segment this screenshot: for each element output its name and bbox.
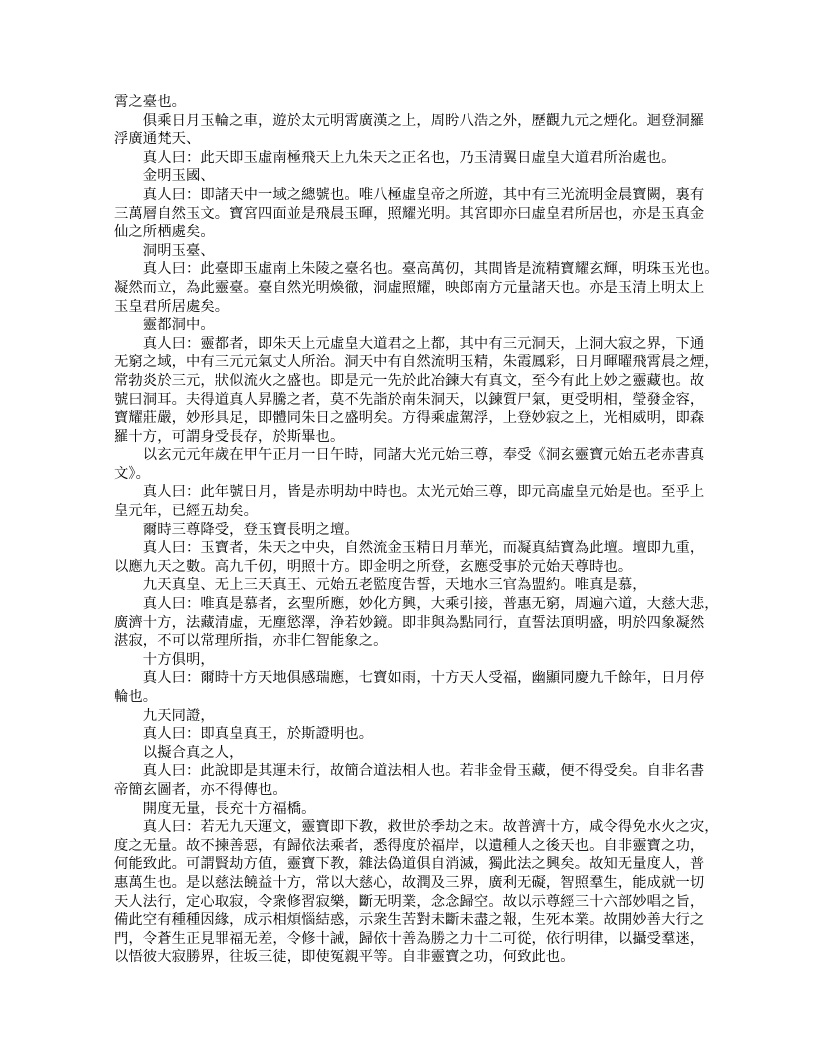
- text-line: 以悟彼大寂勝界，往坂三徒，即使冤親平等。自非靈寶之功，何致此也。: [114, 948, 764, 967]
- text-line: 惠萬生也。是以慈法饒益十方，常以大慈心，故潤及三界，廣利无礙，智照羣生，能成就一…: [114, 874, 764, 893]
- text-line: 真人曰：玉寶者，朱天之中央，自然流金玉精日月華光，而凝真結寶為此壇。壇即九重，: [114, 539, 764, 558]
- text-line: 爾時三尊降受，登玉寶長明之壇。: [114, 521, 764, 540]
- text-line: 輪也。: [114, 688, 764, 707]
- text-line: 靈都洞中。: [114, 316, 764, 335]
- text-line: 帝簡玄圖者，亦不得傳也。: [114, 781, 764, 800]
- text-line: 天人法行，定心取寂，令衆修習寂樂，斷无明業，念念歸空。故以示尊經三十六部妙唱之旨…: [114, 893, 764, 912]
- text-line: 湛寂，不可以常理所指，亦非仁智能象之。: [114, 632, 764, 651]
- text-line: 號曰洞耳。夫得道真人昇騰之者，莫不先詣於南朱洞天，以鍊質尸氣，更受明相，瑩發金容…: [114, 391, 764, 410]
- text-line: 九天真皇、无上三天真王、元始五老監度告誓，天地水三官為盟約。唯真是慕，: [114, 576, 764, 595]
- text-line: 九天同證，: [114, 707, 764, 726]
- text-line: 以擬合真之人，: [114, 744, 764, 763]
- text-line: 十方俱明，: [114, 651, 764, 670]
- text-line: 无窮之域，中有三元元氣丈人所治。洞天中有自然流明玉精，朱霞鳳彩，日月暉曜飛霄晨之…: [114, 353, 764, 372]
- text-line: 開度无量，長充十方福橋。: [114, 800, 764, 819]
- text-line: 真人曰：此臺即玉虛南上朱陵之臺名也。臺高萬仞，其間皆是流精寶耀玄輝，明珠玉光也。: [114, 260, 764, 279]
- document-page: 霄之臺也。 俱乘日月玉輪之車，遊於太元明霄廣漢之上，周盻八浩之外，歷觀九元之煙化…: [0, 0, 816, 1056]
- text-line: 霄之臺也。: [114, 93, 764, 112]
- text-line: 真人曰：此年號日月，皆是赤明劫中時也。太光元始三尊，即元高虛皇元始是也。至乎上: [114, 483, 764, 502]
- text-line: 洞明玉臺、: [114, 242, 764, 261]
- text-line: 門，令蒼生正見罪福无差，令修十誡，歸依十善為勝之力十二可從，依行明律，以攝受羣迷…: [114, 930, 764, 949]
- text-line: 以應九天之數。高九千仞，明照十方。即金明之所登，玄應受事於元始天尊時也。: [114, 558, 764, 577]
- text-line: 仙之所栖處矣。: [114, 223, 764, 242]
- text-line: 度之无量。故不揀善惡，有歸依法乘者，悉得度於福岸，以遺種人之後天也。自非靈寶之功…: [114, 837, 764, 856]
- text-line: 玉皇君所居處矣。: [114, 298, 764, 317]
- text-line: 何能致此。可謂賢劫方值，靈寶下教，雜法偽道俱自消滅，獨此法之興矣。故知无量度人，…: [114, 855, 764, 874]
- text-line: 以玄元元年歲在甲午正月一日午時，同諸大光元始三尊，奉受《洞玄靈寶元始五老赤書真: [114, 446, 764, 465]
- text-line: 常勃炎於三元，狀似流火之盛也。即是元一先於此冶鍊大有真文，至今有此上妙之靈藏也。…: [114, 372, 764, 391]
- text-line: 羅十方，可謂身受長存，於斯畢也。: [114, 428, 764, 447]
- text-line: 浮廣通梵天、: [114, 130, 764, 149]
- text-line: 俱乘日月玉輪之車，遊於太元明霄廣漢之上，周盻八浩之外，歷觀九元之煙化。迴登洞羅: [114, 112, 764, 131]
- text-line: 備此空有種種因緣，成示相煩惱結惑，示衆生苦對未斷未盡之報，生死本業。故開妙善大行…: [114, 911, 764, 930]
- text-line: 真人曰：爾時十方天地俱感瑞應，七寶如雨，十方天人受福，幽顯同慶九千餘年，日月停: [114, 669, 764, 688]
- text-line: 真人曰：唯真是慕者，玄聖所應，妙化方興，大乘引接，普惠无窮，周遍六道，大慈大悲，: [114, 595, 764, 614]
- text-line: 凝然而立，為此靈臺。臺自然光明煥徹，洞虛照耀，映郎南方元量諸天也。亦是玉清上明太…: [114, 279, 764, 298]
- text-line: 真人曰：若无九天運文，靈寶即下教，救世於季劫之末。故普濟十方，咸令得免水火之灾，: [114, 818, 764, 837]
- text-line: 三萬層自然玉文。寶宮四面並是飛晨玉暉，照耀光明。其宮即亦曰虛皇君所居也，亦是玉真…: [114, 205, 764, 224]
- text-line: 皇元年，已經五劫矣。: [114, 502, 764, 521]
- text-line: 真人曰：靈都者，即朱天上元虛皇大道君之上都，其中有三元洞天，上洞大寂之界，下通: [114, 335, 764, 354]
- text-line: 廣濟十方，法藏清虛，无塵慾澤，浄若妙鏡。即非與為點同行，直誓法頂明盛，明於四象凝…: [114, 614, 764, 633]
- text-line: 真人曰：此說即是其運未行，故簡合道法相人也。若非金骨玉藏，便不得受矣。自非名書: [114, 762, 764, 781]
- text-line: 真人曰：此天即玉虛南極飛天上九朱天之正名也，乃玉清翼日虛皇大道君所治處也。: [114, 149, 764, 168]
- page-text: 霄之臺也。 俱乘日月玉輪之車，遊於太元明霄廣漢之上，周盻八浩之外，歷觀九元之煙化…: [114, 93, 764, 967]
- text-line: 真人曰：即諸天中一域之總號也。唯八極虛皇帝之所遊，其中有三光流明金晨寶闕，裏有: [114, 186, 764, 205]
- text-line: 文》。: [114, 465, 764, 484]
- text-line: 真人曰：即真皇真王，於斯證明也。: [114, 725, 764, 744]
- text-line: 寶耀莊嚴，妙形具足，即體同朱日之盛明矣。方得乘虛駕浮，上登妙寂之上，光相威明，即…: [114, 409, 764, 428]
- text-line: 金明玉國、: [114, 167, 764, 186]
